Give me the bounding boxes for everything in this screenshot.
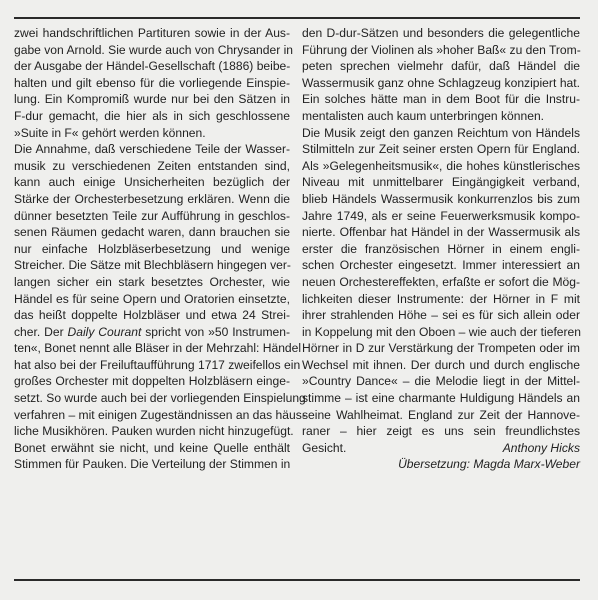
text-line: Die Musik zeigt den ganzen Reichtum von … (302, 125, 580, 142)
text-line: Führung der Violinen als »hoher Baß« zu … (302, 42, 580, 59)
left-column: zwei handschriftlichen Partituren sowie … (14, 25, 290, 473)
text-line: dünner besetzten Teile zur Aufführung in… (14, 208, 290, 225)
text-line: halten und gilt ebenso für die vorliegen… (14, 75, 290, 92)
text-line: zwei handschriftlichen Partituren sowie … (14, 25, 290, 42)
text-line: Niveau mit unmittelbarer Eingängigkeit v… (302, 174, 580, 191)
text-line: erster die französischen Hörner in einem… (302, 241, 580, 258)
author-signature: Anthony Hicks (503, 440, 580, 457)
publication-title: Daily Courant (68, 325, 142, 339)
text-line: raner – hier zeigt es uns sein freundlic… (302, 423, 580, 440)
text-line: ten«, Bonet nennt alle Bläser in der Meh… (14, 340, 290, 357)
text-line: seine Wahlheimat. England zur Zeit der H… (302, 407, 580, 424)
text-line: Stimmen für Pauken. Die Verteilung der S… (14, 456, 290, 473)
text-line: nierte. Offenbar hat Händel in der Wasse… (302, 224, 580, 241)
text-line: in Koppelung mit den Oboen – wie auch de… (302, 324, 580, 341)
text-line: »Country Dance« – die Melodie liegt in d… (302, 373, 580, 390)
text-line: cher. Der Daily Courant spricht von »50 … (14, 324, 290, 341)
text-line: Jahre 1749, als er seine Feuerwerksmusik… (302, 208, 580, 225)
text-line: lung. Ein Kompromiß wurde nur bei den Sä… (14, 91, 290, 108)
translation-credit: Übersetzung: Magda Marx-Weber (302, 456, 580, 473)
text-line: ihrer strahlenden Höhe – sei es für sich… (302, 307, 580, 324)
closing-line: Gesicht. Anthony Hicks (302, 440, 580, 457)
text-line: kann auch einige Unsicherheiten bezüglic… (14, 174, 290, 191)
text-line: F-dur gemacht, die hier als in sich gesc… (14, 108, 290, 125)
text-line: das heißt doppelte Holzbläser und etwa 2… (14, 307, 290, 324)
text-line: Händel es für seine Opern und Oratorien … (14, 291, 290, 308)
text-line: schen Orchester eingesetzt. Immer intere… (302, 257, 580, 274)
text-line: Streicher. Die Sätze mit Blechbläsern hi… (14, 257, 290, 274)
text-line: der Ausgabe der Händel-Gesellschaft (188… (14, 58, 290, 75)
text-line: »Suite in F« gehört werden können. (14, 125, 290, 142)
text-line: hat also bei der Freiluftaufführung 1717… (14, 357, 290, 374)
text-line: Hörner in D zur Verstärkung der Trompete… (302, 340, 580, 357)
text-line: verfahren – mit einigen Zugeständnissen … (14, 407, 290, 424)
text-line: blieb Händels Wassermusik konkurrenzlos … (302, 191, 580, 208)
text-line: Als »Gelegenheitsmusik«, die hohes künst… (302, 158, 580, 175)
text-line: lichkeiten dieser Instrumente: der Hörne… (302, 291, 580, 308)
closing-word: Gesicht. (302, 440, 346, 457)
text-line: neuen Orchestereffekten, erfaßte er sofo… (302, 274, 580, 291)
text-line: Die Annahme, daß verschiedene Teile der … (14, 141, 290, 158)
text-line: Wassermusik ganz ohne Schlagzeug konzipi… (302, 75, 580, 92)
text-line: Bonet erwähnt sie nicht, und keine Quell… (14, 440, 290, 457)
text-line: langen sicher ein stark besetztes Orches… (14, 274, 290, 291)
text-line: den D-dur-Sätzen und besonders die geleg… (302, 25, 580, 42)
text-line: peten sprechen vielmehr dafür, daß Hände… (302, 58, 580, 75)
text-line: Stärke der Orchesterbesetzung erklären. … (14, 191, 290, 208)
text-line: gabe von Arnold. Sie wurde auch von Chry… (14, 42, 290, 59)
text-line: stimme – ist eine charmante Huldigung Hä… (302, 390, 580, 407)
text-line: Ein solches hätte man in dem Boot für di… (302, 91, 580, 108)
text-line: musik zu verschiedenen Zeiten entstanden… (14, 158, 290, 175)
text-line: großes Orchester mit doppelten Holzbläse… (14, 373, 290, 390)
right-column: den D-dur-Sätzen und besonders die geleg… (302, 25, 580, 473)
text-line: senen Räumen gedacht waren, dann brauche… (14, 224, 290, 241)
top-rule (14, 17, 580, 19)
text-line: Stilmitteln zur Zeit seiner ersten Opern… (302, 141, 580, 158)
text-line: nur einfache Holzbläserbesetzung und wen… (14, 241, 290, 258)
text-line: liche Musikhören. Pauken wurden nicht hi… (14, 423, 290, 440)
text-segment: cher. Der (14, 325, 68, 339)
text-line: mentalisten auch kaum unterbringen könne… (302, 108, 580, 125)
text-line: Wechsel mit ihnen. Der durch und durch e… (302, 357, 580, 374)
text-line: setzt. So wurde auch bei der vorliegende… (14, 390, 290, 407)
bottom-rule (14, 579, 580, 581)
text-segment: spricht von »50 Instrumen- (141, 325, 290, 339)
